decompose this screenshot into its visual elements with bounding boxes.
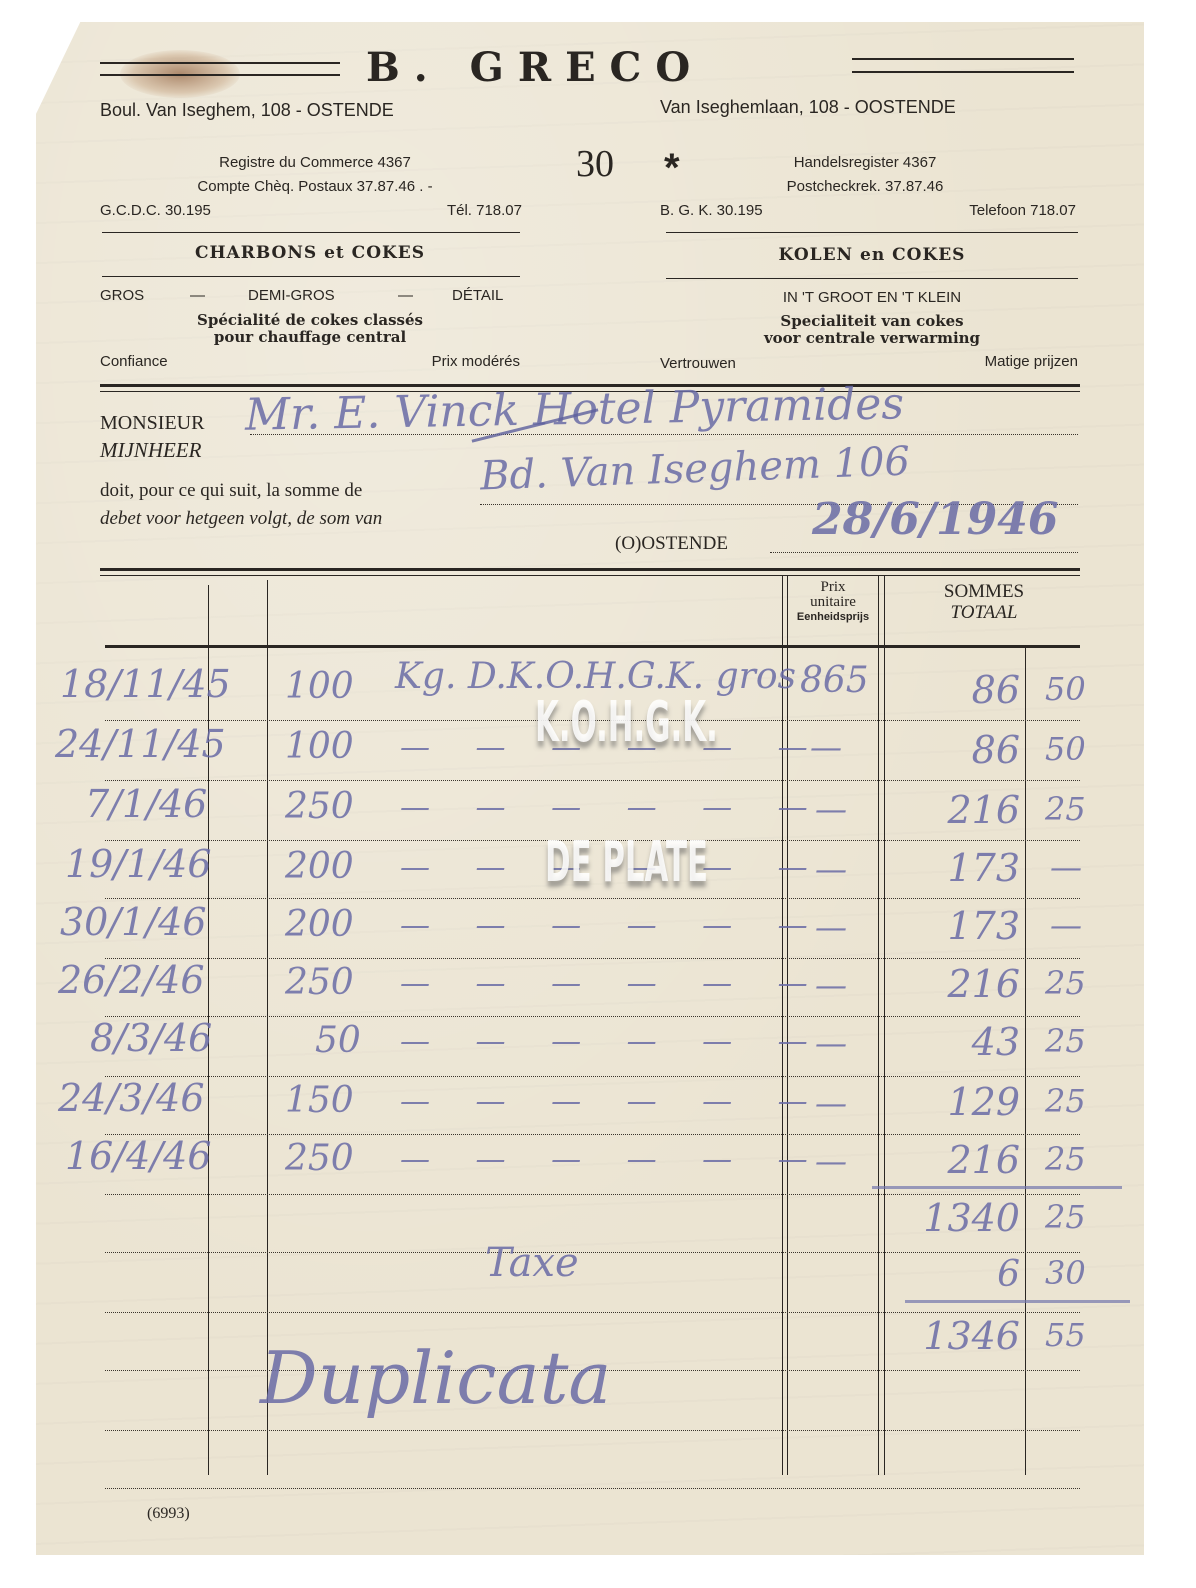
form-number: (6993) — [147, 1505, 190, 1523]
tax-cents: 30 — [1045, 1254, 1086, 1292]
row-line — [105, 1252, 1080, 1253]
row-5-desc: — — — — — — — [400, 908, 826, 943]
header-totaal: TOTAAL — [886, 602, 1082, 623]
motto-prix-moderes: Prix modérés — [380, 353, 520, 370]
postal-account-fr: Compte Chèq. Postaux 37.87.46 . - — [100, 178, 530, 195]
row-9-amount: 216 — [920, 1138, 1020, 1182]
motto-vertrouwen: Vertrouwen — [660, 355, 736, 372]
total-amount: 1346 — [900, 1314, 1020, 1358]
row-line — [105, 1194, 1080, 1195]
city-label: (O)OSTENDE — [615, 533, 728, 555]
trade-nl: KOLEN en COKES — [666, 245, 1078, 265]
row-7-unit: — — [815, 1024, 847, 1062]
scale-demi-gros: DEMI-GROS — [248, 287, 335, 304]
tax-amount: 6 — [900, 1254, 1020, 1295]
row-1-unit: 865 — [800, 660, 869, 701]
label-mijnheer: MIJNHEER — [100, 438, 201, 463]
row-8-qty: 150 — [285, 1080, 354, 1121]
row-3-cents: 25 — [1045, 790, 1086, 828]
row-4-date: 19/1/46 — [65, 842, 212, 886]
row-line — [105, 1312, 1080, 1313]
phone-fr: Tél. 718.07 — [420, 202, 522, 219]
address-fr: Boul. Van Iseghem, 108 - OSTENDE — [100, 100, 394, 121]
watermark-line-1: K.O.H.G.K. — [535, 690, 718, 755]
owes-text-nl: debet voor hetgeen volgt, de som van — [100, 508, 382, 530]
subtotal-underline — [872, 1186, 1122, 1189]
row-2-qty: 100 — [285, 726, 354, 767]
row-9-unit: — — [815, 1142, 847, 1180]
row-line — [105, 780, 1080, 781]
specialty-nl-2: voor centrale verwarming — [666, 330, 1078, 347]
row-6-cents: 25 — [1045, 964, 1086, 1002]
header-rule-right-bottom — [852, 71, 1074, 73]
row-2-cents: 50 — [1045, 730, 1086, 768]
row-2-unit: — — [810, 728, 842, 766]
header-eenheidsprijs: Eenheidsprijs — [788, 610, 878, 625]
scale-nl: IN 'T GROOT EN 'T KLEIN — [666, 289, 1078, 306]
specialty-fr-2: pour chauffage central — [100, 329, 520, 346]
row-3-date: 7/1/46 — [85, 782, 207, 826]
row-7-amount: 43 — [920, 1020, 1020, 1064]
owes-text-fr: doit, pour ce qui suit, la somme de — [100, 480, 362, 502]
scale-dash: — — [190, 287, 205, 304]
row-line — [105, 958, 1080, 959]
asterisk-icon: * — [664, 146, 680, 191]
duplicata-annotation: Duplicata — [260, 1336, 611, 1420]
row-8-unit: — — [815, 1084, 847, 1122]
handwritten-date: 28/6/1946 — [812, 494, 1058, 545]
row-line — [105, 1134, 1080, 1135]
specialty-nl-1: Specialiteit van cokes — [666, 313, 1078, 330]
row-7-qty: 50 — [315, 1020, 361, 1061]
document-number: 30 — [576, 142, 614, 186]
row-8-amount: 129 — [920, 1080, 1020, 1124]
header-totals: SOMMES TOTAAL — [886, 581, 1082, 623]
row-7-date: 8/3/46 — [90, 1016, 212, 1060]
row-6-qty: 250 — [285, 962, 354, 1003]
row-6-amount: 216 — [920, 962, 1020, 1006]
col-divider-unit — [884, 575, 885, 1475]
row-9-cents: 25 — [1045, 1140, 1086, 1178]
row-line — [105, 1430, 1080, 1431]
row-4-unit: — — [815, 850, 847, 888]
col-divider-cents — [1025, 648, 1026, 1475]
row-line — [105, 1488, 1080, 1489]
motto-confiance: Confiance — [100, 353, 168, 370]
table-top-rule — [100, 575, 1080, 576]
row-9-qty: 250 — [285, 1138, 354, 1179]
gcdc-number: G.C.D.C. 30.195 — [100, 202, 211, 219]
tax-label: Taxe — [485, 1240, 579, 1286]
row-9-date: 16/4/46 — [65, 1134, 212, 1178]
phone-nl: Telefoon 718.07 — [900, 202, 1076, 219]
row-1-cents: 50 — [1045, 670, 1086, 708]
row-2-date: 24/11/45 — [55, 722, 226, 766]
row-4-amount: 173 — [920, 846, 1020, 890]
row-3-desc: — — — — — — — [400, 790, 826, 825]
label-monsieur: MONSIEUR — [100, 412, 204, 435]
table-top-rule — [100, 568, 1080, 571]
bgk-number: B. G. K. 30.195 — [660, 202, 763, 219]
row-3-unit: — — [815, 790, 847, 828]
row-5-unit: — — [815, 908, 847, 946]
row-4-cents: — — [1050, 848, 1082, 886]
header-rule-left-top — [100, 62, 340, 64]
header-prix: Prix — [788, 580, 878, 595]
col-divider-unit — [878, 575, 879, 1475]
table-header-rule — [105, 645, 1080, 648]
trade-fr: CHARBONS et COKES — [100, 243, 520, 263]
row-2-amount: 86 — [920, 728, 1020, 772]
row-1-qty: 100 — [285, 666, 354, 707]
divider — [666, 278, 1078, 279]
date-line — [770, 552, 1078, 553]
row-6-date: 26/2/46 — [58, 958, 205, 1002]
row-7-desc: — — — — — — — [400, 1024, 826, 1059]
row-line — [105, 1016, 1080, 1017]
row-5-amount: 173 — [920, 904, 1020, 948]
row-5-date: 30/1/46 — [60, 900, 207, 944]
header-sommes: SOMMES — [886, 581, 1082, 602]
motto-matige-prijzen: Matige prijzen — [930, 353, 1078, 370]
row-6-desc: — — — — — — — [400, 966, 826, 1001]
row-line — [105, 1076, 1080, 1077]
divider — [102, 276, 520, 277]
row-5-qty: 200 — [285, 904, 354, 945]
watermark-line-2: DE PLATE — [545, 830, 708, 895]
subtotal-cents: 25 — [1045, 1198, 1086, 1236]
registry-fr: Registre du Commerce 4367 — [100, 154, 530, 171]
header-unit-price: Prix unitaire Eenheidsprijs — [788, 580, 878, 625]
row-3-qty: 250 — [285, 786, 354, 827]
row-4-qty: 200 — [285, 846, 354, 887]
total-cents: 55 — [1045, 1316, 1086, 1354]
header-unitaire: unitaire — [788, 595, 878, 610]
row-5-cents: — — [1050, 906, 1082, 944]
header-rule-right-top — [852, 58, 1074, 60]
row-7-cents: 25 — [1045, 1022, 1086, 1060]
row-3-amount: 216 — [920, 788, 1020, 832]
total-underline — [905, 1300, 1130, 1303]
row-8-desc: — — — — — — — [400, 1084, 826, 1119]
divider — [666, 232, 1078, 233]
scale-dash: — — [398, 287, 413, 304]
scale-gros: GROS — [100, 287, 144, 304]
header-rule-left-bottom — [100, 74, 340, 76]
registry-nl: Handelsregister 4367 — [700, 154, 1030, 171]
row-1-amount: 86 — [920, 668, 1020, 712]
row-9-desc: — — — — — — — [400, 1142, 826, 1177]
divider — [102, 232, 520, 233]
row-8-date: 24/3/46 — [58, 1076, 205, 1120]
address-nl: Van Iseghemlaan, 108 - OOSTENDE — [660, 97, 956, 118]
row-8-cents: 25 — [1045, 1082, 1086, 1120]
scale-detail: DÉTAIL — [452, 287, 503, 304]
row-6-unit: — — [815, 966, 847, 1004]
postal-account-nl: Postcheckrek. 37.87.46 — [700, 178, 1030, 195]
company-name: B. GRECO — [366, 44, 704, 91]
row-line — [105, 898, 1080, 899]
specialty-fr-1: Spécialité de cokes classés — [100, 312, 520, 329]
row-1-date: 18/11/45 — [60, 662, 231, 706]
subtotal-amount: 1340 — [900, 1196, 1020, 1240]
